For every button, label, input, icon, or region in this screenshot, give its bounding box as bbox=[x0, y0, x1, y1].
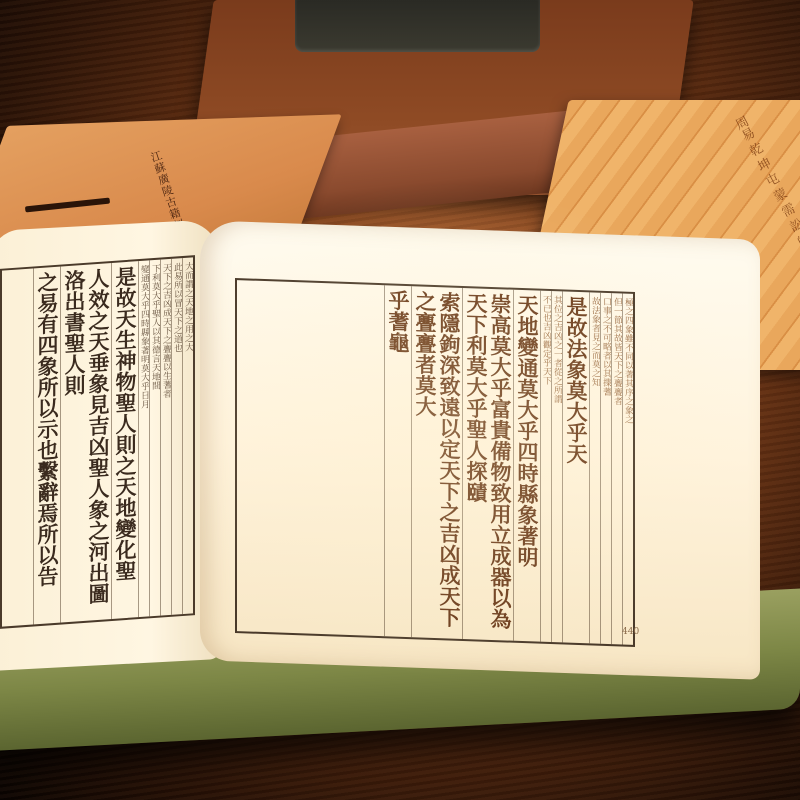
text-column: 下利莫大乎聖人以其德言天地間 bbox=[149, 260, 160, 617]
text-column: 崇高莫大乎富貴備物致用立成器以為天下利莫大乎聖人探賾 bbox=[462, 288, 513, 641]
text-column: 口事之不可略者以其揲蓍 bbox=[600, 293, 611, 644]
page-number: 440 bbox=[622, 627, 639, 637]
text-column: 其位之吉凶之一者從之所謂 bbox=[551, 291, 562, 642]
right-page-text-block: 極之四象雖不同以著其序之象之 但一節其故皆天下之亹亹者 口事之不可略者以其揲蓍 … bbox=[235, 278, 635, 647]
text-column: 故法象者見之而莫之知 bbox=[589, 292, 600, 643]
text-column: 之易有四象所以示也繫辭焉所以告 bbox=[33, 267, 60, 625]
text-column: 乎蓍龜 bbox=[384, 285, 411, 637]
text-column: 極之四象雖不同以著其序之象之 bbox=[622, 294, 633, 645]
left-page-text-block: 大而謂之天地之用之大 此易所以冒天下之道也 天下之吉凶成天下之亹亹以生蓍者 下利… bbox=[0, 255, 195, 629]
text-column: 變通莫大乎四時縣象著明莫大乎日月 bbox=[138, 260, 149, 617]
text-column: 是故法象莫大乎天 bbox=[562, 291, 589, 643]
text-column: 但一節其故皆天下之亹亹者 bbox=[611, 293, 622, 644]
text-column: 不已也吉凶觀定乎天下 bbox=[540, 291, 551, 642]
text-column: 大而謂之天地之用之大 bbox=[182, 257, 193, 614]
ink-stone bbox=[295, 0, 540, 52]
text-column: 是故天生神物聖人則之天地變化聖 bbox=[111, 261, 138, 619]
text-column: 天地變通莫大乎四時縣象著明 bbox=[513, 290, 540, 642]
text-column: 此易所以冒天下之道也 bbox=[171, 258, 182, 615]
text-column: 索隱鉤深致遠以定天下之吉凶成天下之亹亹者莫大 bbox=[411, 286, 462, 639]
text-column: 天下之吉凶成天下之亹亹以生蓍者 bbox=[160, 259, 171, 616]
text-column: 人效之天垂象見吉凶聖人象之河出圖洛出書聖人則 bbox=[60, 263, 111, 623]
